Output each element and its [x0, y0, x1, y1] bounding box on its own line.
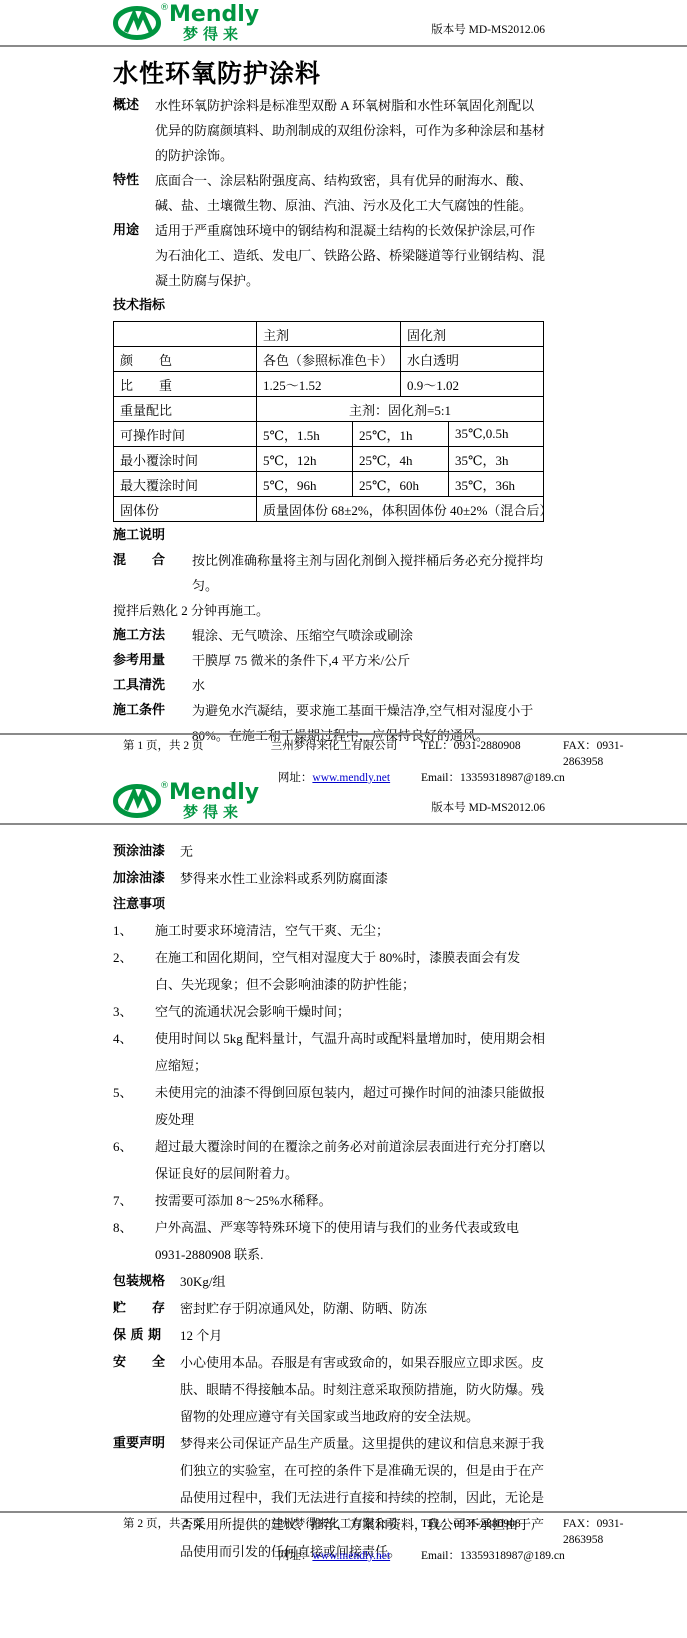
dosage-section: 参考用量 干膜厚 75 微米的条件下,4 平方米/公斤	[113, 648, 545, 673]
page-header: ® Mendly 梦得来 版本号 MD-MS2012.06	[0, 740, 687, 825]
packing-text: 30Kg/组	[180, 1268, 545, 1295]
spec-row-max-recoat: 最大覆涂时间 5℃，96h 25℃，60h 35℃，36h	[114, 472, 544, 497]
spec-color-label: 颜 色	[114, 347, 257, 372]
note-item-5: 5、 未使用完的油漆不得倒回原包装内，超过可操作时间的油漆只能做报废处理	[113, 1079, 545, 1133]
cleaning-section: 工具清洗 水	[113, 673, 545, 698]
note-item-1: 1、 施工时要求环境清洁，空气干爽、无尘；	[113, 917, 545, 944]
brand-cn-name: 梦得来	[169, 805, 259, 820]
usage-section: 用途 适用于严重腐蚀环境中的钢结构和混凝土结构的长效保护涂层,可作为石油化工、造…	[113, 218, 545, 293]
mendly-logo: ® Mendly 梦得来	[113, 782, 259, 820]
spec-min-recoat-5c: 5℃，12h	[257, 447, 353, 472]
note-text: 未使用完的油漆不得倒回原包装内，超过可操作时间的油漆只能做报废处理	[155, 1079, 545, 1133]
topcoat-section: 加涂油漆 梦得来水性工业涂料或系列防腐面漆	[113, 865, 545, 892]
topcoat-text: 梦得来水性工业涂料或系列防腐面漆	[180, 865, 545, 892]
note-text: 在施工和固化期间，空气相对湿度大于 80%时，漆膜表面会有发白、失光现象；但不会…	[155, 944, 545, 998]
mixing-label: 混 合	[113, 548, 192, 598]
note-number: 7、	[113, 1187, 155, 1214]
safety-text: 小心使用本品。吞服是有害或致命的，如果吞服应立即求医。皮肤、眼睛不得接触本品。时…	[180, 1349, 545, 1430]
footer-row-2: 网址：www.mendly.net Email：13359318987@189.…	[123, 1548, 657, 1564]
page-title: 水性环氧防护涂料	[113, 59, 545, 89]
datasheet-document: ® Mendly 梦得来 版本号 MD-MS2012.06 水性环氧防护涂料 概…	[0, 0, 687, 1638]
note-text: 按需要可添加 8～25%水稀释。	[155, 1187, 545, 1214]
construction-title: 施工说明	[113, 524, 545, 548]
version-label: 版本号 MD-MS2012.06	[431, 24, 545, 42]
shelf-life-text: 12 个月	[180, 1322, 545, 1349]
mixing-text: 按比例准确称量将主剂与固化剂倒入搅拌桶后务必充分搅拌均匀。	[192, 548, 545, 598]
page-2-footer: 第 2 页，共 2 页 兰州梦得来化工有限公司 TEL：0931-2880908…	[0, 1511, 687, 1564]
note-number: 5、	[113, 1079, 155, 1133]
overview-text: 水性环氧防护涂料是标准型双酚 A 环氧树脂和水性环氧固化剂配以优异的防腐颜填料、…	[155, 93, 545, 168]
shelf-life-section: 保 质 期 12 个月	[113, 1322, 545, 1349]
spec-min-recoat-label: 最小覆涂时间	[114, 447, 257, 472]
spec-row-solids: 固体份 质量固体份 68±2%，体积固体份 40±2%（混合后）	[114, 497, 544, 522]
storage-text: 密封贮存于阴凉通风处，防潮、防晒、防冻	[180, 1295, 545, 1322]
page-1: ® Mendly 梦得来 版本号 MD-MS2012.06 水性环氧防护涂料 概…	[0, 0, 687, 740]
spec-header-hardener: 固化剂	[401, 322, 544, 347]
dosage-text: 干膜厚 75 微米的条件下,4 平方米/公斤	[192, 648, 545, 673]
note-number: 1、	[113, 917, 155, 944]
dosage-label: 参考用量	[113, 648, 192, 673]
safety-label: 安 全	[113, 1349, 180, 1430]
mixing-text-2: 搅拌后熟化 2 分钟再施工。	[113, 598, 545, 623]
safety-section: 安 全 小心使用本品。吞服是有害或致命的，如果吞服应立即求医。皮肤、眼睛不得接触…	[113, 1349, 545, 1430]
company-name: 兰州梦得来化工有限公司	[255, 1516, 413, 1548]
spec-row-potlife: 可操作时间 5℃，1.5h 25℃，1h 35℃,0.5h	[114, 422, 544, 447]
spec-max-recoat-35c: 35℃，36h	[449, 472, 544, 497]
note-number: 6、	[113, 1133, 155, 1187]
spec-potlife-label: 可操作时间	[114, 422, 257, 447]
spec-max-recoat-label: 最大覆涂时间	[114, 472, 257, 497]
spec-gravity-main: 1.25～1.52	[257, 372, 401, 397]
footer-email: Email：13359318987@189.cn	[413, 1548, 657, 1564]
spec-potlife-5c: 5℃，1.5h	[257, 422, 353, 447]
spec-color-hardener: 水白透明	[401, 347, 544, 372]
spec-min-recoat-35c: 35℃，3h	[449, 447, 544, 472]
note-item-4: 4、 使用时间以 5kg 配料量计，气温升高时或配料量增加时，使用期会相应缩短；	[113, 1025, 545, 1079]
storage-section: 贮 存 密封贮存于阴凉通风处，防潮、防晒、防冻	[113, 1295, 545, 1322]
spec-header-main: 主剂	[257, 322, 401, 347]
packing-section: 包装规格 30Kg/组	[113, 1268, 545, 1295]
spec-gravity-hardener: 0.9～1.02	[401, 372, 544, 397]
precoat-text: 无	[180, 838, 545, 865]
footer-row-1: 第 2 页，共 2 页 兰州梦得来化工有限公司 TEL：0931-2880908…	[123, 1516, 657, 1548]
precoat-section: 预涂油漆 无	[113, 838, 545, 865]
footer-website: 网址：www.mendly.net	[255, 1548, 413, 1564]
page-1-body: 水性环氧防护涂料 概述 水性环氧防护涂料是标准型双酚 A 环氧树脂和水性环氧固化…	[0, 47, 687, 748]
notes-title: 注意事项	[113, 893, 545, 917]
spec-min-recoat-25c: 25℃，4h	[353, 447, 449, 472]
brand-name: Mendly	[169, 782, 259, 804]
topcoat-label: 加涂油漆	[113, 865, 180, 892]
website-link[interactable]: www.mendly.net	[312, 1550, 390, 1562]
website-label: 网址：	[278, 1550, 313, 1562]
note-text: 户外高温、严寒等特殊环境下的使用请与我们的业务代表或致电 0931-288090…	[155, 1214, 545, 1268]
note-item-3: 3、 空气的流通状况会影响干燥时间；	[113, 998, 545, 1025]
shelf-life-label: 保 质 期	[113, 1322, 180, 1349]
note-item-8: 8、 户外高温、严寒等特殊环境下的使用请与我们的业务代表或致电 0931-288…	[113, 1214, 545, 1268]
storage-label: 贮 存	[113, 1295, 180, 1322]
mendly-logo-icon: ®	[113, 5, 165, 41]
spec-table: 主剂 固化剂 颜 色 各色（参照标准色卡） 水白透明 比 重 1.25～1.52…	[113, 321, 544, 522]
note-item-2: 2、 在施工和固化期间，空气相对湿度大于 80%时，漆膜表面会有发白、失光现象；…	[113, 944, 545, 998]
spec-gravity-label: 比 重	[114, 372, 257, 397]
spec-row-ratio: 重量配比 主剂：固化剂=5:1	[114, 397, 544, 422]
note-number: 8、	[113, 1214, 155, 1268]
spec-row-color: 颜 色 各色（参照标准色卡） 水白透明	[114, 347, 544, 372]
footer-fax: FAX：0931-2863958	[563, 1516, 657, 1548]
note-text: 超过最大覆涂时间的在覆涂之前务必对前道涂层表面进行充分打磨以保证良好的层间附着力…	[155, 1133, 545, 1187]
version-label: 版本号 MD-MS2012.06	[431, 802, 545, 820]
spec-header-row: 主剂 固化剂	[114, 322, 544, 347]
overview-section: 概述 水性环氧防护涂料是标准型双酚 A 环氧树脂和水性环氧固化剂配以优异的防腐颜…	[113, 93, 545, 168]
spec-max-recoat-5c: 5℃，96h	[257, 472, 353, 497]
features-label: 特性	[113, 168, 155, 218]
registered-mark: ®	[160, 3, 169, 13]
spec-solids-label: 固体份	[114, 497, 257, 522]
spec-ratio-value: 主剂：固化剂=5:1	[257, 397, 544, 422]
spec-row-gravity: 比 重 1.25～1.52 0.9～1.02	[114, 372, 544, 397]
page-2: ® Mendly 梦得来 版本号 MD-MS2012.06 预涂油漆 无 加涂油…	[0, 740, 687, 1638]
spec-potlife-25c: 25℃，1h	[353, 422, 449, 447]
spec-color-main: 各色（参照标准色卡）	[257, 347, 401, 372]
cleaning-text: 水	[192, 673, 545, 698]
usage-label: 用途	[113, 218, 155, 293]
spec-potlife-35c: 35℃,0.5h	[449, 422, 544, 447]
note-text: 使用时间以 5kg 配料量计，气温升高时或配料量增加时，使用期会相应缩短；	[155, 1025, 545, 1079]
mixing-section: 混 合 按比例准确称量将主剂与固化剂倒入搅拌桶后务必充分搅拌均匀。	[113, 548, 545, 598]
note-text: 空气的流通状况会影响干燥时间；	[155, 998, 545, 1025]
spec-max-recoat-25c: 25℃，60h	[353, 472, 449, 497]
spec-row-min-recoat: 最小覆涂时间 5℃，12h 25℃，4h 35℃，3h	[114, 447, 544, 472]
precoat-label: 预涂油漆	[113, 838, 180, 865]
spec-title: 技术指标	[113, 294, 545, 318]
page-number-label: 第 2 页，共 2 页	[123, 1516, 255, 1548]
overview-label: 概述	[113, 93, 155, 168]
mendly-logo: ® Mendly 梦得来	[113, 4, 259, 42]
features-text: 底面合一、涂层粘附强度高、结构致密，具有优异的耐海水、酸、碱、盐、土壤微生物、原…	[155, 168, 545, 218]
logo-text: Mendly 梦得来	[169, 4, 259, 42]
method-text: 辊涂、无气喷涂、压缩空气喷涂或刷涂	[192, 623, 545, 648]
note-number: 4、	[113, 1025, 155, 1079]
page-header: ® Mendly 梦得来 版本号 MD-MS2012.06	[0, 0, 687, 47]
brand-cn-name: 梦得来	[169, 27, 259, 42]
footer-tel: TEL：0931-2880908	[413, 1516, 563, 1548]
method-section: 施工方法 辊涂、无气喷涂、压缩空气喷涂或刷涂	[113, 623, 545, 648]
logo-text: Mendly 梦得来	[169, 782, 259, 820]
note-number: 3、	[113, 998, 155, 1025]
note-item-6: 6、 超过最大覆涂时间的在覆涂之前务必对前道涂层表面进行充分打磨以保证良好的层间…	[113, 1133, 545, 1187]
note-text: 施工时要求环境清洁，空气干爽、无尘；	[155, 917, 545, 944]
cleaning-label: 工具清洗	[113, 673, 192, 698]
spec-ratio-label: 重量配比	[114, 397, 257, 422]
page-2-body: 预涂油漆 无 加涂油漆 梦得来水性工业涂料或系列防腐面漆 注意事项 1、 施工时…	[0, 825, 687, 1565]
brand-name: Mendly	[169, 4, 259, 26]
registered-mark: ®	[160, 781, 169, 791]
spec-solids-value: 质量固体份 68±2%，体积固体份 40±2%（混合后）	[257, 497, 544, 522]
note-item-7: 7、 按需要可添加 8～25%水稀释。	[113, 1187, 545, 1214]
method-label: 施工方法	[113, 623, 192, 648]
packing-label: 包装规格	[113, 1268, 180, 1295]
mendly-logo-icon: ®	[113, 783, 165, 819]
usage-text: 适用于严重腐蚀环境中的钢结构和混凝土结构的长效保护涂层,可作为石油化工、造纸、发…	[155, 218, 545, 293]
note-number: 2、	[113, 944, 155, 998]
features-section: 特性 底面合一、涂层粘附强度高、结构致密，具有优异的耐海水、酸、碱、盐、土壤微生…	[113, 168, 545, 218]
spec-header-empty	[114, 322, 257, 347]
